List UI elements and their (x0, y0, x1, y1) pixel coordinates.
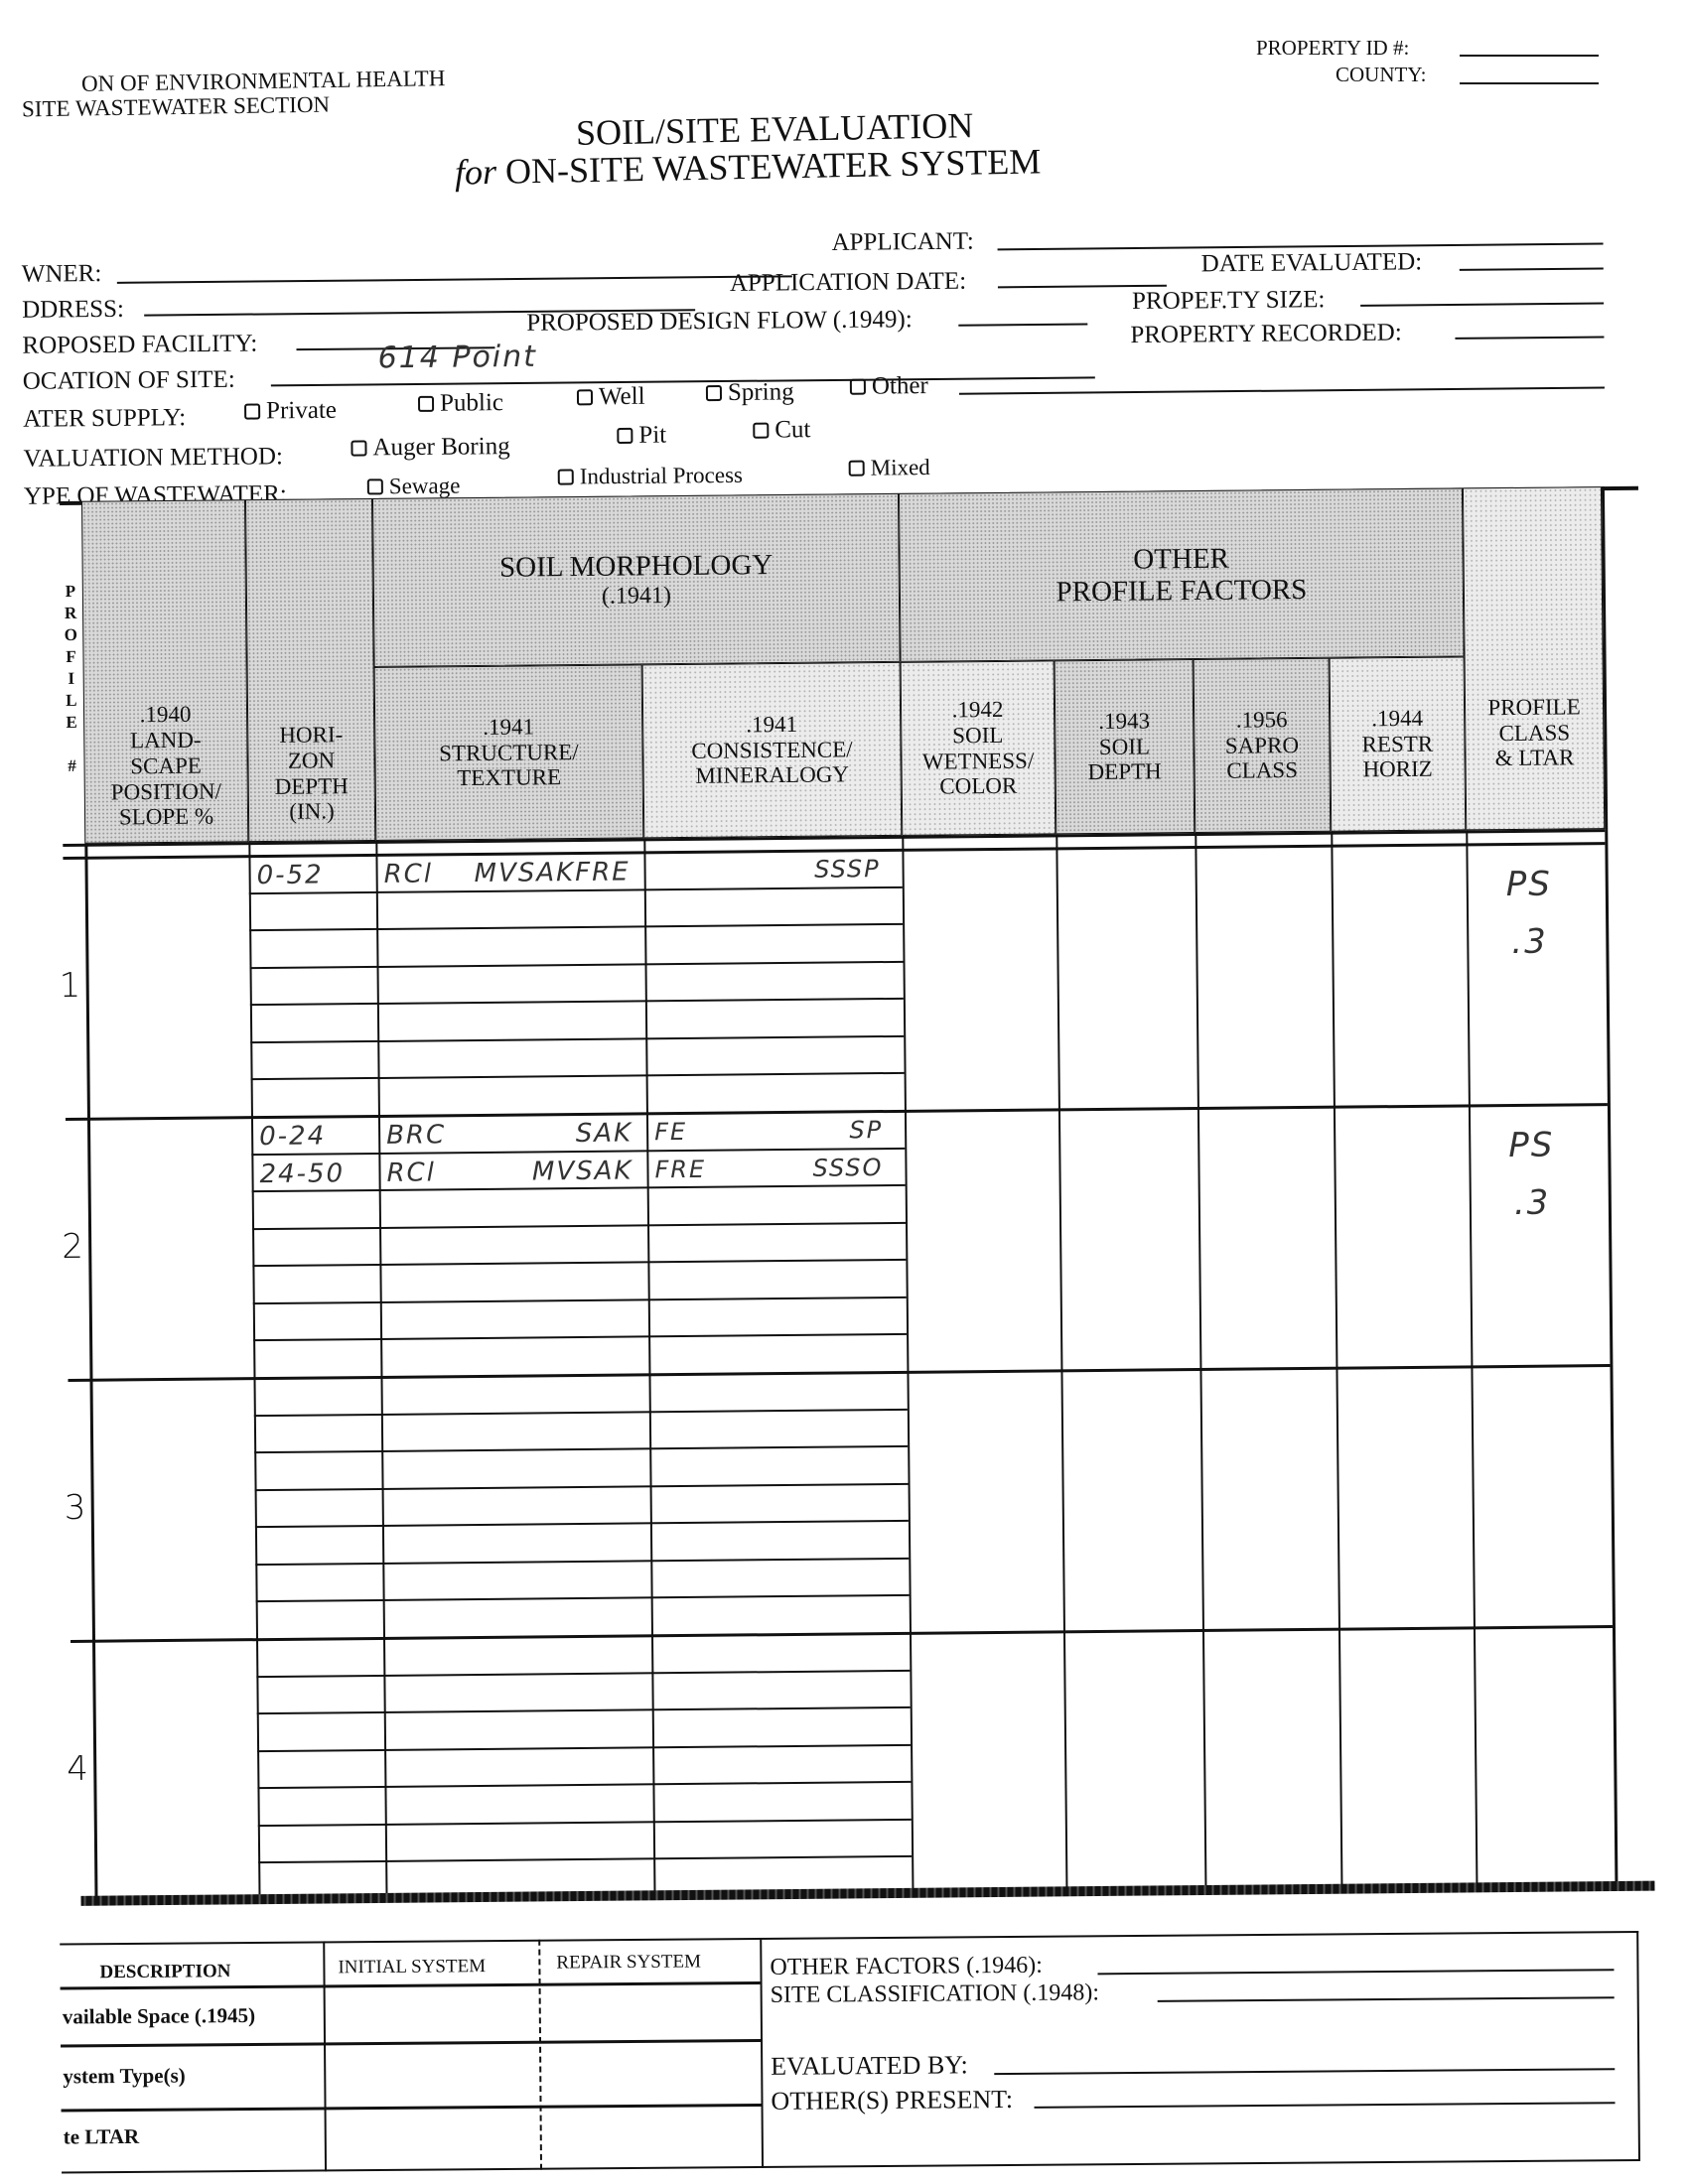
structure-texture-input[interactable] (391, 1603, 647, 1635)
owner-label: WNER: (22, 261, 102, 287)
consistence-mineralogy-input[interactable] (658, 1489, 901, 1521)
header-line: TEXTURE (439, 764, 579, 791)
water-supply-spring[interactable]: Spring (706, 379, 794, 405)
structure-texture-input[interactable] (388, 1342, 644, 1374)
header-line: LAND- (110, 727, 220, 753)
structure-texture-input[interactable] (390, 1566, 646, 1597)
applicant-label: APPLICANT: (831, 229, 973, 255)
horizon-depth-input[interactable] (263, 1569, 378, 1599)
checkbox-icon[interactable] (244, 403, 260, 419)
profile-letter: E (62, 712, 81, 734)
header-line: ZON (274, 748, 348, 773)
restr-horiz-input[interactable] (1338, 1626, 1477, 1888)
consistence-mineralogy-input[interactable] (659, 1675, 902, 1706)
property-recorded-label: PROPERTY RECORDED: (1130, 320, 1402, 347)
consistence-mineralogy-input[interactable] (652, 892, 895, 924)
landscape-input[interactable] (87, 1116, 254, 1379)
structure-texture-input[interactable] (392, 1715, 648, 1747)
structure-texture-input[interactable] (391, 1678, 647, 1709)
wastewater-type-industrial[interactable]: Industrial Process (558, 464, 743, 488)
checkbox-icon[interactable] (706, 385, 722, 401)
ltar-value[interactable]: .3 (1511, 922, 1548, 962)
landscape-input[interactable] (92, 1638, 259, 1901)
profile-number: 2 (62, 1226, 83, 1266)
structure-texture-input[interactable] (392, 1790, 648, 1822)
summary-header-description: DESCRIPTION (99, 1962, 230, 1981)
soil-depth-input[interactable] (1058, 1107, 1200, 1369)
summary-row-ltar: te LTAR (64, 2126, 140, 2148)
horizon-depth-input[interactable] (266, 1830, 381, 1860)
landscape-input[interactable] (84, 855, 251, 1118)
horizon-depth-input[interactable] (264, 1681, 379, 1711)
structure-value: BRC (386, 1120, 446, 1150)
header-line: HORIZ (1362, 756, 1434, 782)
mineralogy-value: SSSO (812, 1154, 883, 1183)
structure-texture-input[interactable] (387, 1193, 643, 1225)
sapro-class-input[interactable] (1195, 845, 1334, 1107)
profile-class-value[interactable]: PS (1506, 865, 1552, 904)
header-line: WETNESS/ (922, 748, 1035, 774)
soil-wetness-input[interactable] (907, 1369, 1063, 1631)
horizon-depth-input[interactable] (264, 1605, 379, 1636)
header-line: SOIL (921, 722, 1034, 749)
profile-letter: P (61, 581, 80, 603)
summary-row-available-space: vailable Space (.1945) (63, 2005, 255, 2028)
consistence-value: FE (654, 1118, 687, 1148)
horizon-depth-input[interactable] (265, 1717, 380, 1748)
consistence-mineralogy-input[interactable] (652, 929, 895, 961)
property-recorded-input[interactable] (1455, 336, 1604, 339)
structure-texture-input[interactable] (387, 1268, 643, 1299)
restr-horiz-input[interactable] (1336, 1365, 1474, 1627)
texture-value: MVSAKFRE (474, 858, 630, 888)
consistence-mineralogy-input[interactable] (658, 1526, 901, 1558)
evaluation-method-auger-boring[interactable]: Auger Boring (351, 434, 509, 461)
summary-header-repair: REPAIR SYSTEM (556, 1952, 701, 1972)
evaluated-by-label: EVALUATED BY: (771, 2052, 968, 2080)
header-line: MINERALOGY (691, 762, 853, 789)
design-flow-input[interactable] (958, 323, 1087, 326)
structure-texture-input[interactable] (393, 1827, 649, 1858)
col-header-profile-class-ltar: PROFILECLASS& LTAR (1463, 486, 1605, 830)
header-line: PROFILE (1487, 694, 1581, 721)
profile-letter: R (61, 603, 80, 624)
header-line: .1942 (921, 697, 1034, 724)
texture-value: MVSAK (532, 1156, 633, 1186)
other-factors-label: OTHER FACTORS (.1946): (770, 1954, 1043, 1979)
consistence-mineralogy-input[interactable] (655, 1228, 898, 1260)
consistence-mineralogy-input[interactable] (654, 1078, 897, 1110)
checkbox-icon[interactable] (617, 428, 633, 444)
header-line: COLOR (922, 773, 1035, 800)
horizon-depth-input[interactable] (262, 1456, 377, 1487)
consistence-mineralogy-input[interactable]: FRESSSO (654, 1153, 897, 1184)
horizon-depth-input[interactable] (257, 934, 372, 965)
soil-wetness-input[interactable] (905, 1108, 1061, 1370)
header-line: .1941 (691, 711, 853, 738)
header-line: CLASS (1488, 720, 1582, 747)
consistence-mineralogy-input[interactable] (653, 967, 896, 999)
consistence-mineralogy-input[interactable] (659, 1600, 902, 1632)
horizon-depth-input[interactable] (263, 1531, 378, 1562)
horizon-depth-input[interactable] (258, 1046, 373, 1077)
soil-depth-input[interactable] (1056, 846, 1197, 1108)
ltar-value[interactable]: .3 (1514, 1183, 1551, 1223)
consistence-mineralogy-input[interactable] (653, 1004, 896, 1035)
structure-texture-input[interactable] (385, 1007, 641, 1038)
col-header-horizon-depth: HORI-ZONDEPTH(IN.) (245, 498, 375, 842)
profile-letter: # (62, 755, 81, 777)
available-space-initial-input[interactable] (327, 1986, 537, 2040)
system-type-repair-input[interactable] (542, 2042, 759, 2104)
location-handwritten: 614 Point (377, 342, 537, 374)
sapro-class-input[interactable] (1202, 1628, 1341, 1890)
property-size-label: PROPEF.TY SIZE: (1132, 287, 1326, 314)
horizon-depth-input[interactable]: 0-24 (259, 1121, 374, 1152)
group-header-other-profile-factors: OTHERPROFILE FACTORS (899, 487, 1465, 661)
structure-value: RCl (383, 859, 433, 888)
profile-letter: F (61, 646, 80, 668)
water-supply-private[interactable]: Private (244, 398, 337, 424)
header-line: SLOPE % (111, 804, 221, 831)
date-evaluated-label: DATE EVALUATED: (1201, 249, 1423, 276)
wastewater-type-mixed[interactable]: Mixed (849, 456, 930, 479)
profile-letter: O (61, 624, 80, 646)
horizon-depth-input[interactable] (257, 897, 372, 928)
header-line: .1940 (110, 702, 220, 729)
structure-texture-input[interactable] (384, 894, 640, 926)
header-line: .1956 (1224, 707, 1298, 733)
profile-column-header: PROFILE # (61, 581, 82, 777)
col-header-sapro-class: .1956SAPROCLASS (1194, 658, 1332, 833)
wastewater-type-sewage[interactable]: Sewage (367, 475, 461, 498)
header-line: POSITION/ (111, 778, 221, 805)
structure-texture-input[interactable] (390, 1529, 646, 1561)
water-supply-public[interactable]: Public (418, 390, 503, 416)
property-size-input[interactable] (1360, 302, 1604, 306)
owner-input[interactable] (117, 275, 792, 284)
horizon-depth-input[interactable] (262, 1382, 377, 1413)
system-type-initial-input[interactable] (327, 2044, 537, 2106)
structure-texture-input[interactable] (389, 1417, 645, 1448)
evaluation-method-label: VALUATION METHOD: (23, 444, 283, 472)
header-line: DEPTH (1087, 759, 1161, 785)
location-label: OCATION OF SITE: (23, 367, 235, 394)
profile-letter: L (62, 690, 81, 712)
soil-wetness-input[interactable] (902, 847, 1058, 1109)
water-supply-well[interactable]: Well (577, 384, 645, 410)
header-line: HORI- (274, 722, 348, 748)
horizon-depth-input[interactable] (266, 1792, 381, 1823)
available-space-repair-input[interactable] (542, 1984, 759, 2038)
horizon-depth-input[interactable] (264, 1643, 379, 1674)
structure-texture-input[interactable] (386, 1081, 642, 1113)
structure-texture-input[interactable] (392, 1752, 648, 1784)
consistence-mineralogy-input[interactable] (660, 1787, 903, 1819)
profile-number: 1 (59, 965, 80, 1005)
structure-value: RCl (386, 1158, 436, 1187)
structure-texture-input[interactable] (389, 1454, 645, 1486)
summary-header-initial: INITIAL SYSTEM (338, 1957, 486, 1977)
structure-texture-input[interactable] (387, 1230, 643, 1262)
col-header-soil-depth: .1943SOILDEPTH (1055, 659, 1196, 834)
consistence-mineralogy-input[interactable] (660, 1750, 903, 1782)
horizon-depth-input[interactable] (265, 1755, 380, 1786)
restr-horiz-input[interactable] (1331, 843, 1469, 1105)
ltar-repair-input[interactable] (543, 2107, 760, 2168)
col-header-soil-wetness: .1942SOILWETNESS/COLOR (901, 660, 1056, 835)
soil-depth-input[interactable] (1060, 1368, 1202, 1630)
texture-value: SAK (576, 1118, 633, 1148)
horizon-depth-input[interactable] (258, 1009, 373, 1039)
header-line: STRUCTURE/ (439, 740, 579, 766)
horizon-depth-input[interactable]: 0-52 (256, 860, 371, 890)
horizon-depth-input[interactable] (259, 1083, 374, 1114)
checkbox-icon[interactable] (753, 423, 769, 439)
horizon-depth-input[interactable] (260, 1195, 375, 1226)
consistence-mineralogy-input[interactable] (661, 1825, 904, 1856)
header-line: (IN.) (275, 798, 349, 824)
header-line: CONSISTENCE/ (691, 737, 853, 763)
checkbox-icon[interactable] (849, 461, 865, 477)
proposed-facility-label: ROPOSED FACILITY: (22, 332, 257, 358)
restr-horiz-input[interactable] (1334, 1104, 1472, 1366)
mineralogy-value: SP (849, 1116, 883, 1146)
structure-texture-input[interactable] (385, 969, 641, 1001)
horizon-depth-input[interactable] (258, 972, 373, 1003)
header-line: SOIL (1087, 734, 1161, 759)
consistence-mineralogy-input[interactable] (655, 1265, 898, 1297)
structure-texture-input[interactable] (390, 1491, 646, 1523)
site-classification-label: SITE CLASSIFICATION (.1948): (771, 1980, 1100, 2007)
consistence-mineralogy-input[interactable] (653, 1041, 896, 1073)
structure-texture-input[interactable] (389, 1379, 645, 1411)
application-date-label: APPLICATION DATE: (730, 269, 966, 296)
date-evaluated-input[interactable] (1460, 267, 1604, 270)
structure-texture-input[interactable]: RClMVSAK (386, 1156, 642, 1187)
sapro-class-input[interactable] (1197, 1106, 1337, 1368)
summary-section: DESCRIPTION INITIAL SYSTEM REPAIR SYSTEM… (0, 1903, 1689, 2184)
profile-class-value[interactable]: PS (1508, 1126, 1554, 1165)
consistence-mineralogy-input[interactable] (657, 1414, 900, 1445)
header-line: CLASS (1225, 757, 1299, 783)
consistence-mineralogy-input[interactable] (656, 1339, 899, 1371)
horizon-depth-input[interactable] (262, 1420, 377, 1450)
landscape-input[interactable] (89, 1377, 256, 1640)
consistence-mineralogy-input[interactable] (660, 1712, 903, 1744)
ltar-initial-input[interactable] (328, 2109, 538, 2170)
water-supply-other[interactable]: Other (850, 373, 928, 399)
sapro-class-input[interactable] (1199, 1367, 1338, 1629)
header-line: DEPTH (275, 773, 349, 799)
consistence-mineralogy-input[interactable] (659, 1638, 902, 1670)
structure-texture-input[interactable] (384, 932, 640, 964)
horizon-depth-input[interactable] (261, 1307, 376, 1338)
consistence-value: FRE (654, 1155, 706, 1184)
structure-texture-input[interactable]: BRCSAK (386, 1118, 642, 1150)
checkbox-icon[interactable] (418, 396, 434, 412)
header-line: & LTAR (1488, 746, 1582, 772)
checkbox-icon[interactable] (367, 478, 383, 494)
col-header-restr-horiz: .1944RESTRHORIZ (1330, 656, 1467, 831)
form-fields: WNER: APPLICANT: DDRESS: APPLICATION DAT… (0, 0, 1689, 516)
water-supply-label: ATER SUPPLY: (23, 405, 186, 432)
horizon-depth-input[interactable] (261, 1344, 376, 1375)
summary-row-system-type: ystem Type(s) (63, 2066, 186, 2088)
mineralogy-value: SSSP (814, 855, 881, 885)
soil-profile-table: PROFILE # .1940LAND-SCAPEPOSITION/SLOPE … (60, 486, 1651, 1901)
consistence-mineralogy-input[interactable] (655, 1190, 898, 1222)
soil-wetness-input[interactable] (910, 1630, 1066, 1892)
consistence-mineralogy-input[interactable] (658, 1564, 901, 1595)
checkbox-icon[interactable] (558, 469, 574, 484)
checkbox-icon[interactable] (351, 440, 366, 456)
header-line: .1941 (439, 714, 579, 741)
consistence-mineralogy-input[interactable] (657, 1377, 900, 1409)
consistence-mineralogy-input[interactable] (656, 1302, 899, 1334)
horizon-depth-input[interactable] (260, 1270, 375, 1300)
consistence-mineralogy-input[interactable]: FESP (654, 1116, 897, 1148)
profile-number: 4 (67, 1748, 88, 1788)
column-divider (1605, 829, 1618, 1886)
consistence-mineralogy-input[interactable]: SSSP (651, 855, 894, 887)
horizon-depth-input[interactable]: 24-50 (259, 1159, 374, 1189)
profile-letter (62, 734, 81, 755)
address-label: DDRESS: (22, 297, 124, 323)
profile-number: 3 (65, 1487, 86, 1527)
water-supply-other-input[interactable] (959, 386, 1605, 394)
others-present-label: OTHER(S) PRESENT: (771, 2087, 1013, 2115)
location-input[interactable] (271, 376, 1095, 386)
header-line: SCAPE (110, 752, 220, 779)
checkbox-icon[interactable] (850, 379, 866, 395)
consistence-mineralogy-input[interactable] (657, 1451, 900, 1483)
col-header-consistence-mineralogy: .1941CONSISTENCE/MINERALOGY (642, 662, 903, 838)
design-flow-label: PROPOSED DESIGN FLOW (.1949): (526, 307, 913, 336)
profile-letter: I (62, 668, 81, 690)
header-line: RESTR (1361, 731, 1433, 756)
structure-texture-input[interactable] (388, 1304, 644, 1336)
col-header-landscape: .1940LAND-SCAPEPOSITION/SLOPE % (81, 499, 248, 844)
col-header-structure-texture: .1941STRUCTURE/TEXTURE (374, 664, 644, 841)
soil-depth-input[interactable] (1063, 1629, 1205, 1891)
structure-texture-input[interactable]: RClMVSAKFRE (383, 857, 639, 888)
group-header-soil-morphology: SOIL MORPHOLOGY(.1941) (372, 493, 901, 667)
evaluation-method-pit[interactable]: Pit (617, 423, 666, 448)
structure-texture-input[interactable] (391, 1640, 647, 1672)
checkbox-icon[interactable] (577, 389, 593, 405)
header-line: .1943 (1087, 708, 1161, 734)
header-line: .1944 (1361, 706, 1433, 732)
horizon-depth-input[interactable] (263, 1494, 378, 1525)
evaluation-method-cut[interactable]: Cut (753, 417, 810, 443)
structure-texture-input[interactable] (385, 1043, 641, 1075)
header-line: SAPRO (1225, 733, 1299, 758)
horizon-depth-input[interactable] (260, 1233, 375, 1264)
